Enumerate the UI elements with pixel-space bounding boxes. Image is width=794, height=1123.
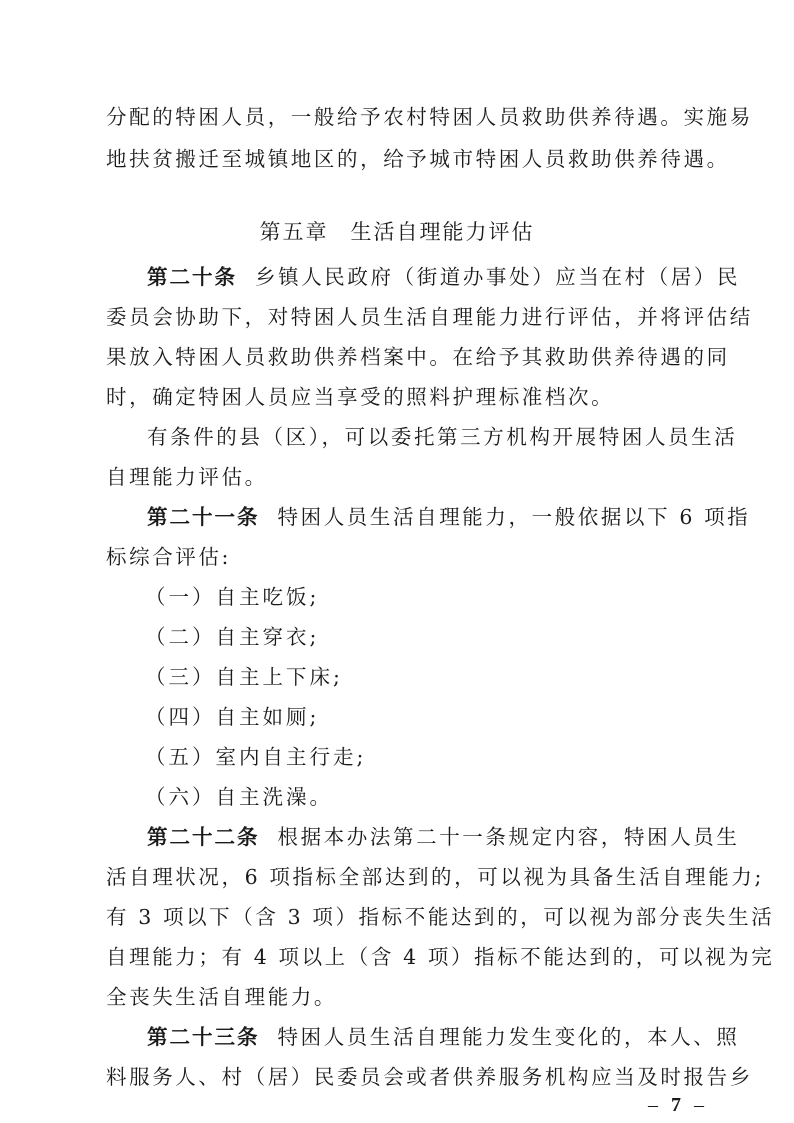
article-20-line-3: 果放入特困人员救助供养档案中。在给予其救助供养待遇的同: [106, 343, 690, 371]
article-22-line-5: 全丧失生活自理能力。: [106, 983, 690, 1011]
article-20-line-2: 委员会协助下，对特困人员生活自理能力进行评估，并将评估结: [106, 303, 690, 331]
assessment-item-5: （五）室内自主行走;: [145, 743, 366, 771]
assessment-item-6: （六）自主洗澡。: [145, 783, 333, 811]
chapter-title: 生活自理能力评估: [351, 220, 535, 244]
article-22-line-3: 有 3 项以下（含 3 项）指标不能达到的，可以视为部分丧失生活: [106, 903, 690, 931]
continuation-line-2: 地扶贫搬迁至城镇地区的，给予城市特困人员救助供养待遇。: [106, 145, 690, 173]
chapter-number: 第五章: [260, 220, 329, 244]
chapter-heading: 第五章生活自理能力评估: [0, 217, 794, 247]
article-20-para2-line-2: 自理能力评估。: [106, 463, 690, 491]
assessment-item-1: （一）自主吃饭;: [145, 583, 319, 611]
article-20-label: 第二十条: [147, 265, 237, 289]
article-23-line-2: 料服务人、村（居）民委员会或者供养服务机构应当及时报告乡: [106, 1063, 690, 1091]
assessment-item-3: （三）自主上下床;: [145, 663, 343, 691]
article-21-label: 第二十一条: [147, 505, 260, 529]
page-number: – 7 –: [648, 1094, 708, 1117]
article-22-line-4: 自理能力；有 4 项以上（含 4 项）指标不能达到的，可以视为完: [106, 943, 690, 971]
article-22-line-1: 第二十二条根据本办法第二十一条规定内容，特困人员生: [147, 823, 690, 851]
article-20-line-1: 第二十条乡镇人民政府（街道办事处）应当在村（居）民: [147, 263, 690, 291]
article-20-para2-line-1: 有条件的县（区），可以委托第三方机构开展特困人员生活: [147, 423, 690, 451]
article-20-line-4: 时，确定特困人员应当享受的照料护理标准档次。: [106, 383, 690, 411]
article-22-label: 第二十二条: [147, 825, 260, 849]
assessment-item-4: （四）自主如厕;: [145, 703, 319, 731]
continuation-line-1: 分配的特困人员，一般给予农村特困人员救助供养待遇。实施易: [106, 103, 690, 131]
article-21-line-2: 标综合评估:: [106, 543, 690, 571]
article-23-label: 第二十三条: [147, 1025, 260, 1049]
article-22-line-2: 活自理状况，6 项指标全部达到的，可以视为具备生活自理能力;: [106, 863, 690, 891]
document-page: 分配的特困人员，一般给予农村特困人员救助供养待遇。实施易 地扶贫搬迁至城镇地区的…: [0, 0, 794, 1123]
assessment-item-2: （二）自主穿衣;: [145, 623, 319, 651]
article-21-line-1: 第二十一条特困人员生活自理能力，一般依据以下 6 项指: [147, 503, 690, 531]
article-23-line-1: 第二十三条特困人员生活自理能力发生变化的，本人、照: [147, 1023, 690, 1051]
